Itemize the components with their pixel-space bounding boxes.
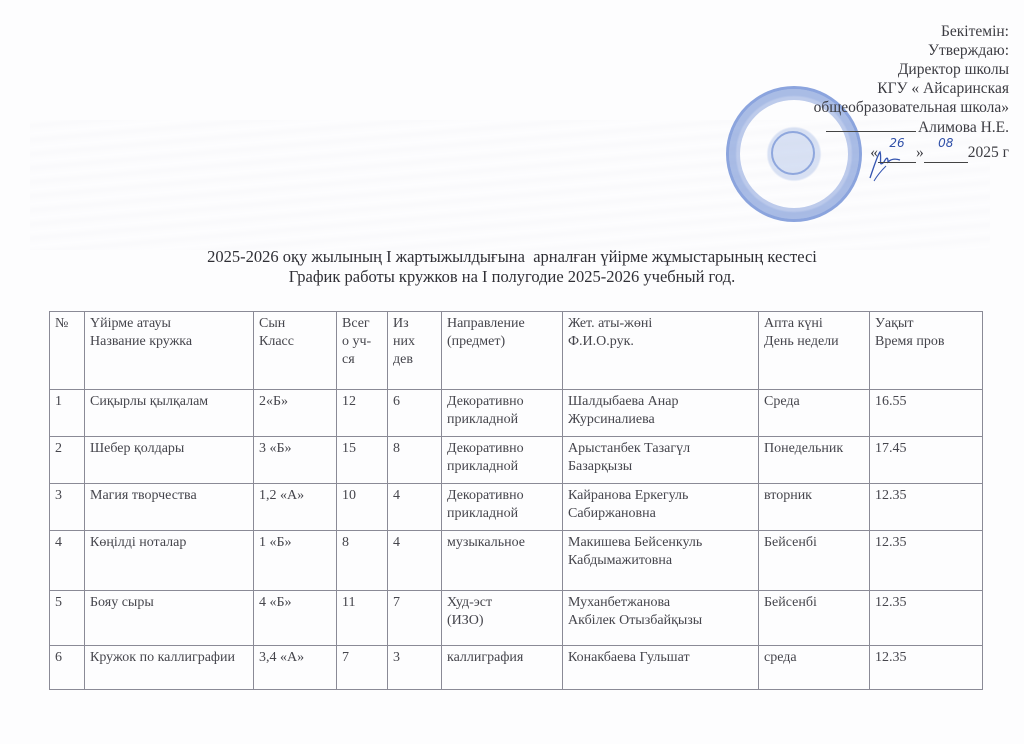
cell-club-name: Сиқырлы қылқалам bbox=[85, 390, 254, 437]
cell-text-line: каллиграфия bbox=[447, 650, 523, 665]
cell-text-line: Арыстанбек Тазагүл bbox=[568, 441, 690, 456]
title-kazakh: 2025-2026 оқу жылының І жартыжылдығына а… bbox=[0, 247, 1024, 267]
school-name-line1: КГУ « Айсаринская bbox=[814, 79, 1009, 98]
cell-text-line: Шалдыбаева Анар bbox=[568, 394, 678, 409]
cell-text-line: Худ-эст bbox=[447, 595, 492, 610]
cell-number: 4 bbox=[50, 531, 85, 591]
cell-girls: 4 bbox=[388, 484, 442, 531]
document-title: 2025-2026 оқу жылының І жартыжылдығына а… bbox=[0, 247, 1024, 287]
cell-text-line: прикладной bbox=[447, 412, 518, 427]
cell-class: 4 «Б» bbox=[254, 591, 337, 646]
school-name-line2: общеобразовательная школа» bbox=[814, 98, 1009, 117]
cell-text-line: них bbox=[393, 334, 415, 349]
approval-kazakh: Бекітемін: bbox=[814, 22, 1009, 41]
cell-leader: Кайранова ЕркегульСабиржановна bbox=[563, 484, 759, 531]
cell-text-line: Направление bbox=[447, 316, 525, 331]
cell-text-line: Уақыт bbox=[875, 316, 913, 331]
cell-club-name: Шебер қолдары bbox=[85, 437, 254, 484]
cell-text-line: Базарқызы bbox=[568, 459, 632, 474]
cell-text-line: Апта күні bbox=[764, 316, 823, 331]
cell-number: 6 bbox=[50, 646, 85, 690]
cell-text-line: прикладной bbox=[447, 459, 518, 474]
cell-day: Понедельник bbox=[759, 437, 870, 484]
cell-leader: Макишева БейсенкульКабдымажитовна bbox=[563, 531, 759, 591]
title-russian: График работы кружков на І полугодие 202… bbox=[0, 267, 1024, 287]
cell-text-line: музыкальное bbox=[447, 535, 525, 550]
date-day-field: 26 bbox=[878, 143, 916, 163]
date-year: 2025 г bbox=[968, 144, 1009, 161]
cell-day: Бейсенбі bbox=[759, 591, 870, 646]
cell-club-name: Көңілді ноталар bbox=[85, 531, 254, 591]
cell-text-line: Декоративно bbox=[447, 441, 524, 456]
cell-text-line: Жет. аты-жөні bbox=[568, 316, 652, 331]
cell-total: 11 bbox=[337, 591, 388, 646]
cell-text-line: Кайранова Еркегуль bbox=[568, 488, 688, 503]
cell-class: 2«Б» bbox=[254, 390, 337, 437]
cell-direction: музыкальное bbox=[442, 531, 563, 591]
cell-text-line: Журсиналиева bbox=[568, 412, 655, 427]
cell-text-line: Из bbox=[393, 316, 409, 331]
cell-text-line: Всег bbox=[342, 316, 370, 331]
table-row: 3 Магия творчества 1,2 «А» 10 4 Декорати… bbox=[50, 484, 983, 531]
cell-girls: 6 bbox=[388, 390, 442, 437]
cell-leader: Конакбаева Гульшат bbox=[563, 646, 759, 690]
cell-club-name: Бояу сыры bbox=[85, 591, 254, 646]
cell-day: вторник bbox=[759, 484, 870, 531]
date-day-handwritten: 26 bbox=[878, 134, 916, 153]
cell-club-name: Кружок по каллиграфии bbox=[85, 646, 254, 690]
cell-text-line: Кабдымажитовна bbox=[568, 553, 672, 568]
cell-direction: Декоративноприкладной bbox=[442, 484, 563, 531]
cell-time: 12.35 bbox=[870, 646, 983, 690]
cell-girls: 7 bbox=[388, 591, 442, 646]
cell-text-line: ся bbox=[342, 352, 355, 367]
cell-text-line: № bbox=[55, 316, 68, 331]
cell-text-line: дев bbox=[393, 352, 413, 367]
cell-time: 16.55 bbox=[870, 390, 983, 437]
cell-text-line: Конакбаева Гульшат bbox=[568, 650, 690, 665]
cell-direction: Худ-эст(ИЗО) bbox=[442, 591, 563, 646]
table-row: 6 Кружок по каллиграфии 3,4 «А» 7 3 калл… bbox=[50, 646, 983, 690]
approval-date: « 26» 082025 г bbox=[814, 143, 1009, 163]
header-club-name: Үйірме атауыНазвание кружка bbox=[85, 312, 254, 390]
header-girls: Изнихдев bbox=[388, 312, 442, 390]
table-row: 1 Сиқырлы қылқалам 2«Б» 12 6 Декоративно… bbox=[50, 390, 983, 437]
approver-position: Директор школы bbox=[814, 60, 1009, 79]
cell-total: 8 bbox=[337, 531, 388, 591]
cell-leader: Шалдыбаева АнарЖурсиналиева bbox=[563, 390, 759, 437]
cell-number: 1 bbox=[50, 390, 85, 437]
cell-class: 1,2 «А» bbox=[254, 484, 337, 531]
cell-text-line: Муханбетжанова bbox=[568, 595, 670, 610]
cell-time: 17.45 bbox=[870, 437, 983, 484]
cell-time: 12.35 bbox=[870, 531, 983, 591]
header-weekday: Апта күніДень недели bbox=[759, 312, 870, 390]
cell-class: 3 «Б» bbox=[254, 437, 337, 484]
cell-text-line: Сын bbox=[259, 316, 285, 331]
cell-direction: Декоративноприкладной bbox=[442, 390, 563, 437]
document-page: Бекітемін: Утверждаю: Директор школы КГУ… bbox=[0, 0, 1024, 744]
date-month-field: 08 bbox=[924, 143, 968, 163]
cell-girls: 3 bbox=[388, 646, 442, 690]
cell-total: 10 bbox=[337, 484, 388, 531]
state-emblem-icon bbox=[771, 131, 815, 175]
cell-text-line: Декоративно bbox=[447, 394, 524, 409]
cell-day: Среда bbox=[759, 390, 870, 437]
cell-day: Бейсенбі bbox=[759, 531, 870, 591]
cell-text-line: о уч- bbox=[342, 334, 371, 349]
cell-text-line: Класс bbox=[259, 334, 294, 349]
header-number: № bbox=[50, 312, 85, 390]
cell-time: 12.35 bbox=[870, 591, 983, 646]
cell-club-name: Магия творчества bbox=[85, 484, 254, 531]
table-row: 2 Шебер қолдары 3 «Б» 15 8 Декоративнопр… bbox=[50, 437, 983, 484]
cell-number: 5 bbox=[50, 591, 85, 646]
cell-text-line: Декоративно bbox=[447, 488, 524, 503]
cell-text-line: Макишева Бейсенкуль bbox=[568, 535, 702, 550]
header-total-students: Всего уч-ся bbox=[337, 312, 388, 390]
cell-leader: МуханбетжановаАкбілек Отызбайқызы bbox=[563, 591, 759, 646]
approval-russian: Утверждаю: bbox=[814, 41, 1009, 60]
cell-text-line: Время пров bbox=[875, 334, 944, 349]
cell-text-line: Название кружка bbox=[90, 334, 192, 349]
cell-time: 12.35 bbox=[870, 484, 983, 531]
header-leader: Жет. аты-жөніФ.И.О.рук. bbox=[563, 312, 759, 390]
cell-number: 2 bbox=[50, 437, 85, 484]
header-direction: Направление(предмет) bbox=[442, 312, 563, 390]
table-row: 4 Көңілді ноталар 1 «Б» 8 4 музыкальное … bbox=[50, 531, 983, 591]
cell-text-line: » bbox=[916, 144, 924, 161]
table-row: 5 Бояу сыры 4 «Б» 11 7 Худ-эст(ИЗО) Муха… bbox=[50, 591, 983, 646]
cell-class: 3,4 «А» bbox=[254, 646, 337, 690]
cell-text-line: Ф.И.О.рук. bbox=[568, 334, 634, 349]
header-class: СынКласс bbox=[254, 312, 337, 390]
clubs-schedule-table: № Үйірме атауыНазвание кружка СынКласс В… bbox=[49, 311, 983, 690]
cell-day: среда bbox=[759, 646, 870, 690]
cell-class: 1 «Б» bbox=[254, 531, 337, 591]
date-month-handwritten: 08 bbox=[924, 134, 968, 153]
cell-text-line: (ИЗО) bbox=[447, 613, 484, 628]
cell-total: 7 bbox=[337, 646, 388, 690]
cell-direction: Декоративноприкладной bbox=[442, 437, 563, 484]
cell-girls: 8 bbox=[388, 437, 442, 484]
cell-text-line: День недели bbox=[764, 334, 839, 349]
cell-text-line: Үйірме атауы bbox=[90, 316, 171, 331]
header-time: УақытВремя пров bbox=[870, 312, 983, 390]
cell-leader: Арыстанбек ТазагүлБазарқызы bbox=[563, 437, 759, 484]
cell-text-line: Сабиржановна bbox=[568, 506, 656, 521]
cell-total: 15 bbox=[337, 437, 388, 484]
cell-text-line: (предмет) bbox=[447, 334, 505, 349]
cell-text-line: « bbox=[870, 144, 878, 161]
cell-number: 3 bbox=[50, 484, 85, 531]
cell-text-line: Акбілек Отызбайқызы bbox=[568, 613, 702, 628]
signature-blank bbox=[826, 117, 916, 132]
approval-block: Бекітемін: Утверждаю: Директор школы КГУ… bbox=[814, 22, 1009, 163]
cell-total: 12 bbox=[337, 390, 388, 437]
cell-text-line: прикладной bbox=[447, 506, 518, 521]
table-header-row: № Үйірме атауыНазвание кружка СынКласс В… bbox=[50, 312, 983, 390]
cell-direction: каллиграфия bbox=[442, 646, 563, 690]
cell-girls: 4 bbox=[388, 531, 442, 591]
